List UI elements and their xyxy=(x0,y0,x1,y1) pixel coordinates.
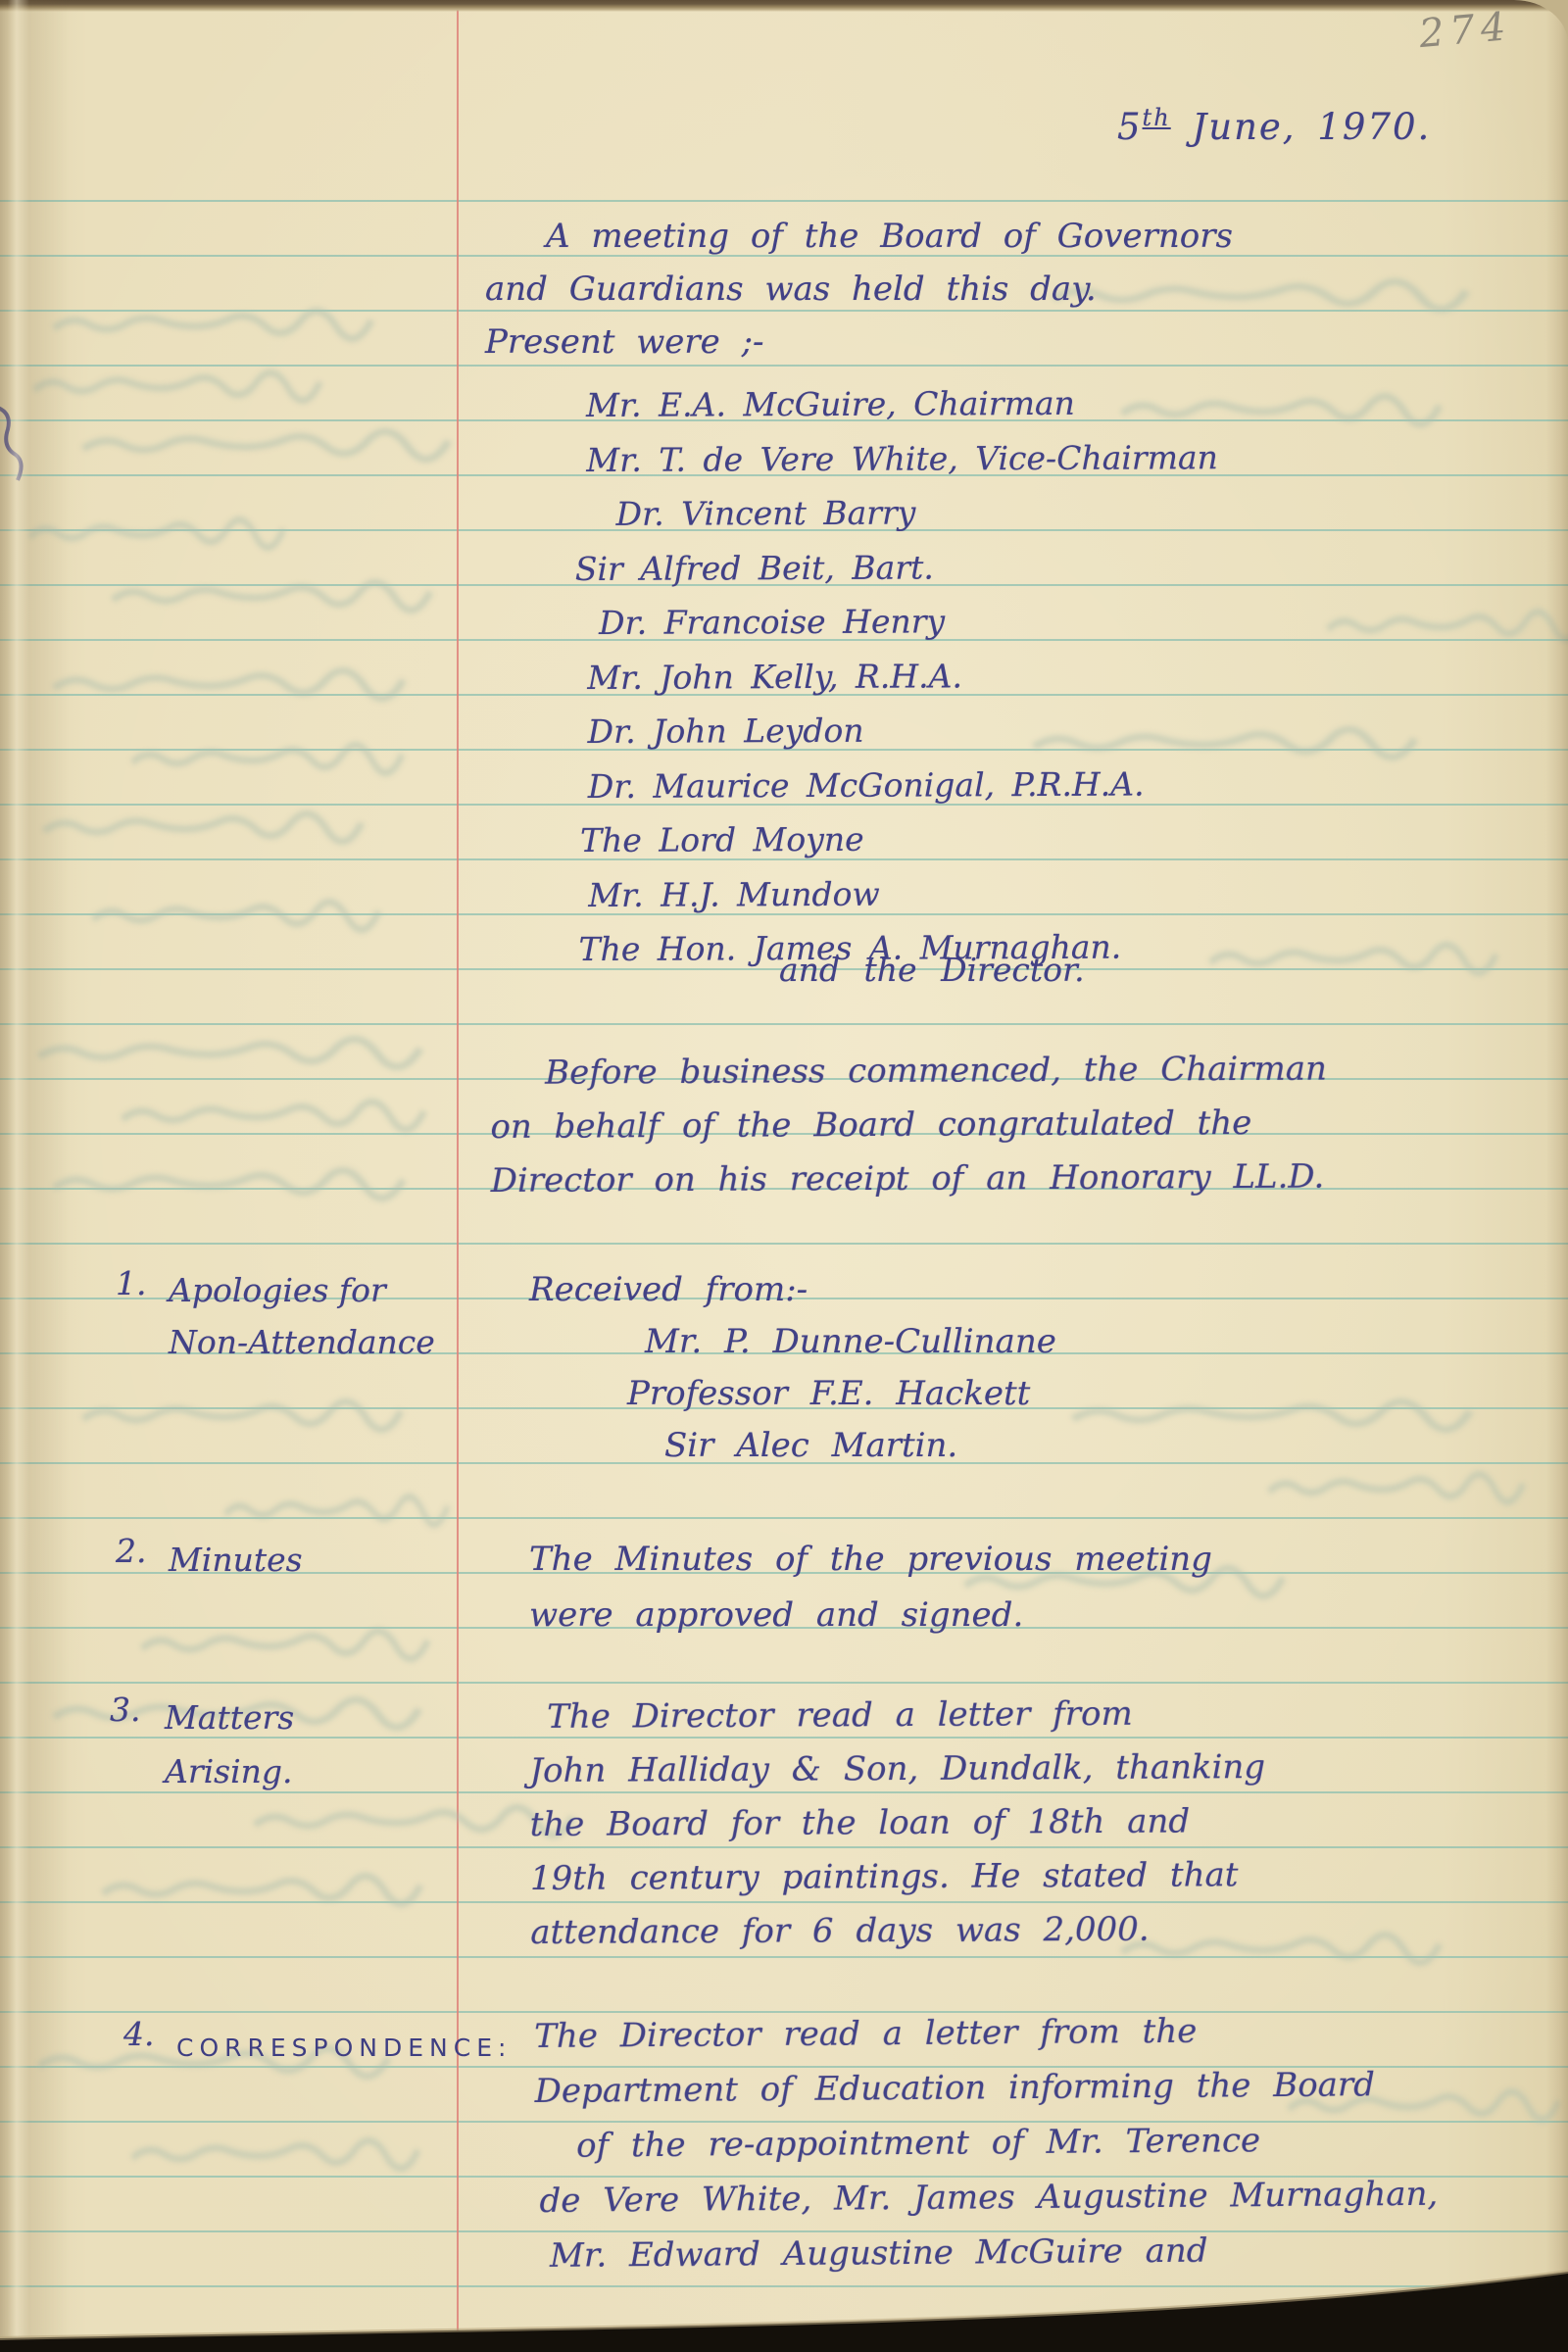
section-number: 3. xyxy=(110,1690,141,1729)
section-label-line: Arising. xyxy=(165,1744,294,1798)
section-body-line: The Minutes of the previous meeting xyxy=(529,1532,1212,1588)
minute-book-page: 274 5th June, 1970. A meeting of the Boa… xyxy=(0,0,1568,2352)
section-body-line: John Halliday & Son, Dundalk, thanking xyxy=(529,1740,1265,1798)
preamble-line: on behalf of the Board congratulated the xyxy=(490,1097,1327,1154)
section-body-line: the Board for the loan of 18th and xyxy=(530,1794,1266,1852)
page-right-edge xyxy=(1546,0,1568,2352)
section-body: The Minutes of the previous meetingwere … xyxy=(529,1532,1212,1643)
section-body-line: de Vere White, Mr. James Augustine Murna… xyxy=(539,2167,1438,2229)
book-top-edge xyxy=(0,0,1568,12)
preamble-line: Director on his receipt of an Honorary L… xyxy=(491,1151,1328,1208)
opening-paragraph: A meeting of the Board of Governorsand G… xyxy=(485,210,1233,368)
section-label: Apologies forNon-Attendance xyxy=(169,1264,435,1368)
section-number: 1. xyxy=(116,1264,147,1302)
preamble-paragraph: Before business commenced, the Chairmano… xyxy=(490,1043,1328,1208)
section-body-line: 19th century paintings. He stated that xyxy=(530,1848,1266,1906)
opening-line: A meeting of the Board of Governors xyxy=(546,210,1233,263)
section-body-line: attendance for 6 days was 2,000. xyxy=(530,1902,1266,1960)
attendee-item: Mr. T. de Vere White, Vice-Chairman xyxy=(586,430,1218,487)
attendee-item: The Lord Moyne xyxy=(580,810,1220,867)
section-body-line: of the re-appointment of Mr. Terence xyxy=(576,2112,1438,2174)
opening-line: Present were ;- xyxy=(485,316,1233,368)
section-body: The Director read a letter fromJohn Hall… xyxy=(529,1687,1266,1960)
attendee-item: Mr. John Kelly, R.H.A. xyxy=(587,648,1219,705)
red-margin-line xyxy=(457,0,459,2352)
section-body-line: The Director read a letter from the xyxy=(534,2002,1437,2064)
section-body: The Director read a letter from theDepar… xyxy=(534,2002,1439,2283)
date-rest: June, 1970. xyxy=(1192,106,1431,148)
attendee-item: Mr. H.J. Mundow xyxy=(588,865,1220,922)
attendee-item: Mr. E.A. McGuire, Chairman xyxy=(586,375,1218,432)
section-label: MattersArising. xyxy=(165,1690,294,1798)
section-body-line: Sir Alec Martin. xyxy=(664,1420,1056,1472)
section-label-line: Minutes xyxy=(169,1532,303,1588)
section-body-line: Mr. P. Dunne-Cullinane xyxy=(645,1316,1056,1368)
section-body-line: Department of Education informing the Bo… xyxy=(534,2057,1437,2119)
section-number: 4. xyxy=(123,2015,155,2053)
section-number: 2. xyxy=(116,1532,147,1570)
section-label-line: CORRESPONDENCE: xyxy=(176,2021,512,2075)
section-label: Minutes xyxy=(169,1532,303,1588)
binding-gutter-shadow xyxy=(0,0,69,2352)
attendees-suffix: and the Director. xyxy=(779,951,1085,989)
date: 5th June, 1970. xyxy=(1117,104,1431,148)
section-label-line: Apologies for xyxy=(169,1264,435,1316)
page-number: 274 xyxy=(1417,4,1513,57)
attendee-item: Sir Alfred Beit, Bart. xyxy=(575,539,1219,596)
section-body-line: Received from:- xyxy=(529,1264,1056,1316)
opening-line: and Guardians was held this day. xyxy=(485,263,1233,316)
attendee-item: Dr. Francoise Henry xyxy=(599,593,1219,650)
section-body-line: The Director read a letter from xyxy=(547,1687,1265,1744)
attendee-list: Mr. E.A. McGuire, ChairmanMr. T. de Vere… xyxy=(586,375,1220,976)
section-body-line: Professor F.E. Hackett xyxy=(627,1368,1056,1420)
section-body: Received from:-Mr. P. Dunne-CullinanePro… xyxy=(529,1264,1056,1472)
preamble-line: Before business commenced, the Chairman xyxy=(545,1043,1327,1101)
date-ordinal: th xyxy=(1143,104,1171,131)
section-label: CORRESPONDENCE: xyxy=(176,2021,512,2075)
attendee-item: Dr. Vincent Barry xyxy=(615,484,1218,541)
section-label-line: Non-Attendance xyxy=(169,1316,435,1368)
section-body-line: were approved and signed. xyxy=(529,1588,1212,1643)
date-day: 5 xyxy=(1117,106,1143,148)
attendee-item: Dr. Maurice McGonigal, P.R.H.A. xyxy=(588,757,1220,813)
attendee-item: Dr. John Leydon xyxy=(587,702,1219,759)
book-bottom-edge xyxy=(0,2244,1568,2352)
section-label-line: Matters xyxy=(165,1690,294,1744)
